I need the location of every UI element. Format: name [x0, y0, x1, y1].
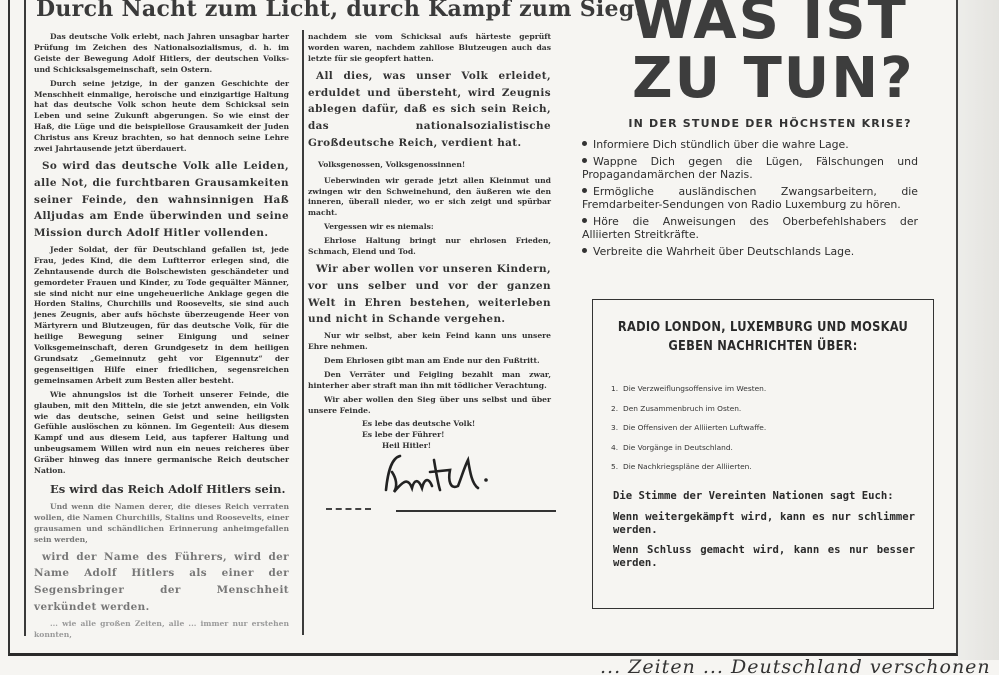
article-paragraph: Vergessen wir es niemals:	[308, 222, 551, 233]
bottom-caption-partial: ... Zeiten ... Deutschland verschonen di…	[600, 656, 990, 675]
radio-box-heading: RADIO LONDON, LUXEMBURG UND MOSKAU GEBEN…	[613, 318, 912, 356]
instruction-text: Ermögliche ausländischen Zwangsarbeitern…	[582, 185, 918, 211]
main-title: WAS IST ZU TUN?	[632, 0, 922, 108]
article-paragraph: Wir aber wollen vor unseren Kindern, vor…	[308, 261, 551, 328]
article-paragraph: Durch seine jetzige, in der ganzen Gesch…	[34, 79, 289, 155]
topic-number: 5.	[611, 457, 623, 477]
radio-heading-line-2: GEBEN NACHRICHTEN ÜBER:	[613, 337, 912, 356]
instruction-item: Wappne Dich gegen die Lügen, Fälschungen…	[582, 155, 918, 182]
instruction-text: Informiere Dich stündlich über die wahre…	[593, 138, 849, 151]
topic-item: 1.Die Verzweiflungsoffensive im Westen.	[611, 379, 921, 399]
news-topics-list: 1.Die Verzweiflungsoffensive im Westen.2…	[611, 379, 921, 477]
article-paragraph: Und wenn die Namen derer, die dieses Rei…	[34, 502, 289, 546]
topic-number: 2.	[611, 399, 623, 419]
topic-item: 3.Die Offensiven der Alliierten Luftwaff…	[611, 418, 921, 438]
fake-headline: Durch Nacht zum Licht, durch Kampf zum S…	[36, 0, 576, 22]
un-intro: Die Stimme der Vereinten Nationen sagt E…	[613, 490, 915, 503]
radio-info-box: RADIO LONDON, LUXEMBURG UND MOSKAU GEBEN…	[592, 299, 934, 609]
radio-heading-line-1: RADIO LONDON, LUXEMBURG UND MOSKAU	[613, 318, 912, 337]
middle-column: nachdem sie vom Schicksal aufs härteste …	[308, 32, 551, 452]
instruction-text: Verbreite die Wahrheit über Deutschlands…	[593, 245, 854, 258]
bullet-icon	[582, 141, 587, 146]
topic-text: Den Zusammenbruch im Osten.	[623, 404, 741, 413]
topic-text: Die Verzweiflungsoffensive im Westen.	[623, 384, 766, 393]
article-paragraph: Wir aber wollen den Sieg über uns selbst…	[308, 395, 551, 417]
article-paragraph: nachdem sie vom Schicksal aufs härteste …	[308, 32, 551, 65]
un-message-1: Wenn weitergekämpft wird, kann es nur sc…	[613, 511, 915, 537]
article-paragraph: Jeder Soldat, der für Deutschland gefall…	[34, 245, 289, 387]
topic-text: Die Offensiven der Alliierten Luftwaffe.	[623, 423, 766, 432]
united-nations-message: Die Stimme der Vereinten Nationen sagt E…	[613, 490, 915, 577]
subtitle: IN DER STUNDE DER HÖCHSTEN KRISE?	[600, 117, 940, 130]
salute-line: Es lebe das deutsche Volk!	[308, 419, 551, 430]
column-divider	[302, 30, 304, 635]
fake-newspaper-page: Durch Nacht zum Licht, durch Kampf zum S…	[24, 0, 560, 636]
allied-panel: WAS IST ZU TUN? IN DER STUNDE DER HÖCHST…	[578, 0, 956, 650]
article-paragraph: Ehrlose Haltung bringt nur ehrlosen Frie…	[308, 236, 551, 258]
bullet-icon	[582, 218, 587, 223]
topic-number: 3.	[611, 418, 623, 438]
topic-item: 5.Die Nachkriegspläne der Alliierten.	[611, 457, 921, 477]
title-line-1: WAS IST	[632, 0, 922, 49]
topic-item: 2.Den Zusammenbruch im Osten.	[611, 399, 921, 419]
article-paragraph: All dies, was unser Volk erleidet, erdul…	[308, 68, 551, 152]
topic-text: Die Nachkriegspläne der Alliierten.	[623, 462, 752, 471]
bullet-icon	[582, 158, 587, 163]
article-paragraph: Ueberwinden wir gerade jetzt allen Klein…	[308, 176, 551, 220]
bullet-icon	[582, 248, 587, 253]
instruction-item: Ermögliche ausländischen Zwangsarbeitern…	[582, 185, 918, 212]
left-column: Das deutsche Volk erlebt, nach Jahren un…	[34, 32, 289, 644]
instruction-text: Wappne Dich gegen die Lügen, Fälschungen…	[582, 155, 918, 181]
topic-number: 1.	[611, 379, 623, 399]
scan-page-edge	[958, 0, 999, 660]
instruction-text: Höre die Anweisungen des Oberbefehlshabe…	[582, 215, 918, 241]
topic-item: 4.Die Vorgänge in Deutschland.	[611, 438, 921, 458]
article-paragraph: Nur wir selbst, aber kein Feind kann uns…	[308, 331, 551, 353]
topic-number: 4.	[611, 438, 623, 458]
un-message-2: Wenn Schluss gemacht wird, kann es nur b…	[613, 544, 915, 570]
instruction-item: Informiere Dich stündlich über die wahre…	[582, 138, 918, 151]
article-paragraph: Wie ahnungslos ist die Torheit unserer F…	[34, 390, 289, 477]
topic-text: Die Vorgänge in Deutschland.	[623, 443, 733, 452]
instruction-item: Verbreite die Wahrheit über Deutschlands…	[582, 245, 918, 258]
article-paragraph: Den Verräter und Feigling bezahlt man zw…	[308, 370, 551, 392]
article-paragraph: Das deutsche Volk erlebt, nach Jahren un…	[34, 32, 289, 76]
bullet-icon	[582, 188, 587, 193]
signature-icon	[378, 450, 498, 500]
salute-line: Es lebe der Führer!	[308, 430, 551, 441]
article-paragraph: So wird das deutsche Volk alle Leiden, a…	[34, 158, 289, 242]
instruction-item: Höre die Anweisungen des Oberbefehlshabe…	[582, 215, 918, 242]
article-paragraph: Es wird das Reich Adolf Hitlers sein.	[34, 481, 289, 497]
decorative-dash	[326, 508, 371, 511]
article-paragraph: ... wie alle großen Zeiten, alle ... imm…	[34, 619, 289, 641]
title-line-2: ZU TUN?	[632, 49, 922, 108]
signature-rule	[396, 510, 556, 512]
article-paragraph: Volksgenossen, Volksgenossinnen!	[308, 160, 551, 171]
instruction-list: Informiere Dich stündlich über die wahre…	[582, 138, 918, 261]
article-paragraph: Dem Ehrlosen gibt man am Ende nur den Fu…	[308, 356, 551, 367]
article-paragraph: wird der Name des Führers, wird der Name…	[34, 549, 289, 616]
